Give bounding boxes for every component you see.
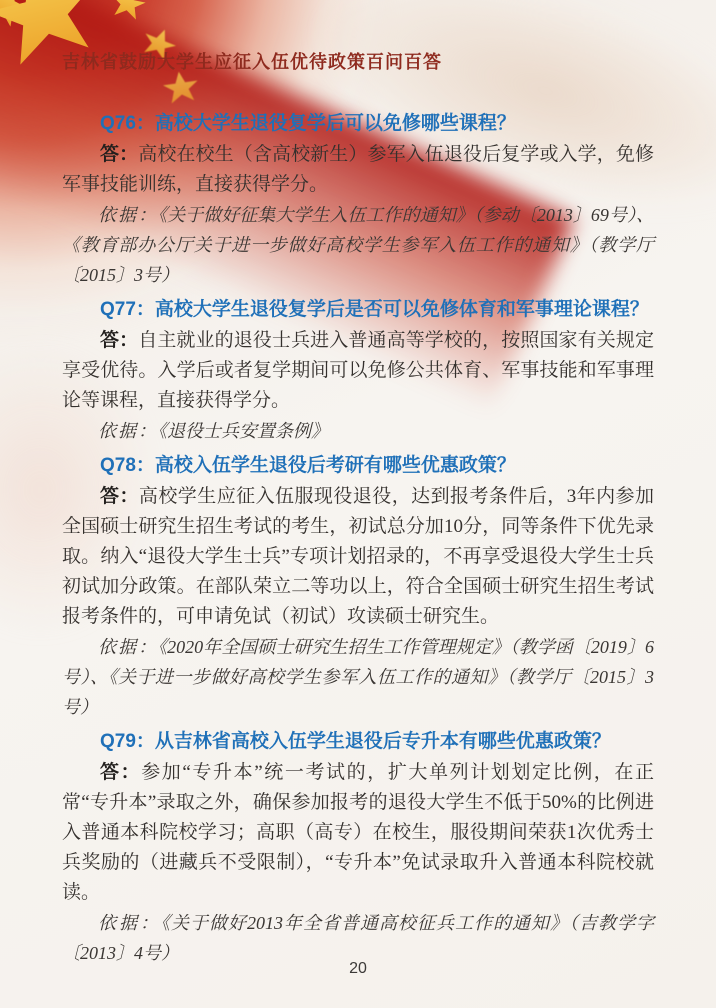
answer-label: 答： — [100, 144, 138, 165]
corner-star-icon — [0, 0, 35, 30]
answer-text-q77: 自主就业的退役士兵进入普通高等学校的，按照国家有关规定享受优待。入学后或者复学期… — [62, 330, 654, 411]
question-heading-q77: Q77：高校大学生退役复学后是否可以免修体育和军事理论课程？ — [62, 295, 654, 325]
basis-label: 依据： — [98, 913, 161, 933]
answer-paragraph-q76: 答：高校在校生（含高校新生）参军入伍退役后复学或入学，免修军事技能训练，直接获得… — [62, 140, 654, 200]
answer-label: 答： — [100, 486, 139, 507]
page-number: 20 — [349, 960, 367, 977]
small-star-3-icon — [161, 69, 200, 104]
qa-item-q76: Q76：高校大学生退役复学后可以免修哪些课程？ 答：高校在校生（含高校新生）参军… — [62, 109, 654, 290]
qa-item-q79: Q79：从吉林省高校入伍学生退役后专升本有哪些优惠政策？ 答：参加“专升本”统一… — [62, 727, 654, 968]
basis-paragraph-q76: 依据：《关于做好征集大学生入伍工作的通知》（参动〔2013〕69号）、《教育部办… — [62, 200, 654, 290]
question-heading-q76: Q76：高校大学生退役复学后可以免修哪些课程？ — [62, 109, 654, 139]
question-heading-q79: Q79：从吉林省高校入伍学生退役后专升本有哪些优惠政策？ — [62, 727, 654, 757]
answer-paragraph-q79: 答：参加“专升本”统一考试的，扩大单列计划划定比例，在正常“专升本”录取之外，确… — [62, 758, 654, 908]
document-page: 吉林省鼓励大学生应征入伍优待政策百问百答 Q76：高校大学生退役复学后可以免修哪… — [0, 0, 716, 1008]
answer-label: 答： — [100, 762, 141, 783]
document-header: 吉林省鼓励大学生应征入伍优待政策百问百答 — [62, 48, 654, 74]
answer-label: 答： — [100, 330, 138, 351]
basis-label: 依据： — [98, 205, 158, 225]
basis-label: 依据： — [98, 421, 158, 441]
answer-text-q78: 高校学生应征入伍服现役退役，达到报考条件后，3年内参加全国硕士研究生招生考试的考… — [62, 486, 654, 627]
answer-paragraph-q77: 答：自主就业的退役士兵进入普通高等学校的，按照国家有关规定享受优待。入学后或者复… — [62, 326, 654, 416]
basis-label: 依据： — [98, 637, 158, 657]
qa-item-q78: Q78：高校入伍学生退役后考研有哪些优惠政策？ 答：高校学生应征入伍服现役退役，… — [62, 451, 654, 722]
qa-item-q77: Q77：高校大学生退役复学后是否可以免修体育和军事理论课程？ 答：自主就业的退役… — [62, 295, 654, 446]
question-heading-q78: Q78：高校入伍学生退役后考研有哪些优惠政策？ — [62, 451, 654, 481]
basis-paragraph-q79: 依据：《关于做好2013年全省普通高校征兵工作的通知》（吉教学字〔2013〕4号… — [62, 908, 654, 968]
basis-text-q77: 《退役士兵安置条例》 — [158, 421, 329, 441]
basis-paragraph-q77: 依据：《退役士兵安置条例》 — [62, 416, 654, 446]
answer-text-q76: 高校在校生（含高校新生）参军入伍退役后复学或入学，免修军事技能训练，直接获得学分… — [62, 144, 654, 195]
page-footer: 20 — [0, 960, 716, 978]
basis-paragraph-q78: 依据：《2020年全国硕士研究生招生工作管理规定》（教学函〔2019〕6号）、《… — [62, 632, 654, 722]
qa-content: Q76：高校大学生退役复学后可以免修哪些课程？ 答：高校在校生（含高校新生）参军… — [62, 104, 654, 968]
answer-paragraph-q78: 答：高校学生应征入伍服现役退役，达到报考条件后，3年内参加全国硕士研究生招生考试… — [62, 482, 654, 632]
answer-text-q79: 参加“专升本”统一考试的，扩大单列计划划定比例，在正常“专升本”录取之外，确保参… — [62, 762, 654, 903]
page-title: 吉林省鼓励大学生应征入伍优待政策百问百答 — [62, 52, 442, 72]
small-star-1-icon — [109, 0, 148, 21]
